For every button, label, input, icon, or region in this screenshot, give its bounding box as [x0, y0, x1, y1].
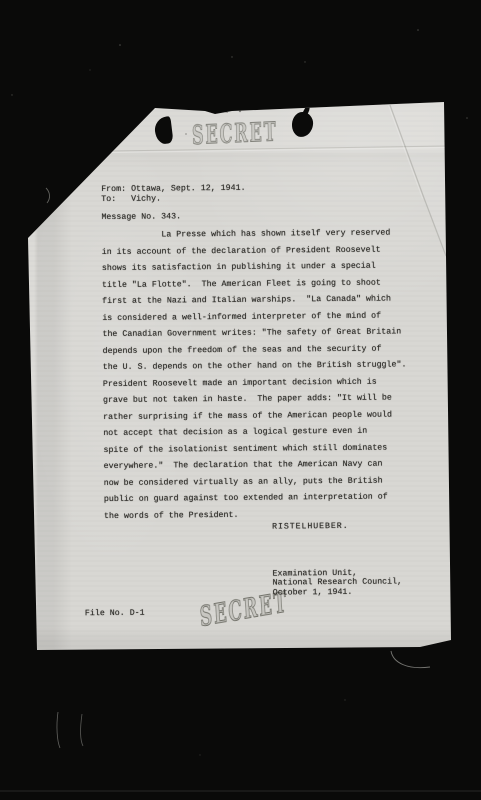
- document-page: SECRET SECRET From: Ottawa, Sept. 12, 19…: [28, 98, 452, 652]
- message-number-line: Message No. 343.: [101, 212, 181, 223]
- file-number-line: File No. D-1: [85, 609, 145, 620]
- typewritten-text-layer: From: Ottawa, Sept. 12, 1941. To: Vichy.…: [25, 95, 454, 653]
- signature-line: RISTELHUEBER.: [272, 522, 349, 533]
- telegram-body-paragraph: La Presse which has shown itself very re…: [102, 225, 408, 525]
- examination-unit-block: Examination Unit, National Research Coun…: [273, 568, 403, 597]
- from-to-lines: From: Ottawa, Sept. 12, 1941. To: Vichy.: [101, 184, 246, 206]
- scanned-document-view: { "page": { "background_color": "#0a0a09…: [0, 0, 481, 800]
